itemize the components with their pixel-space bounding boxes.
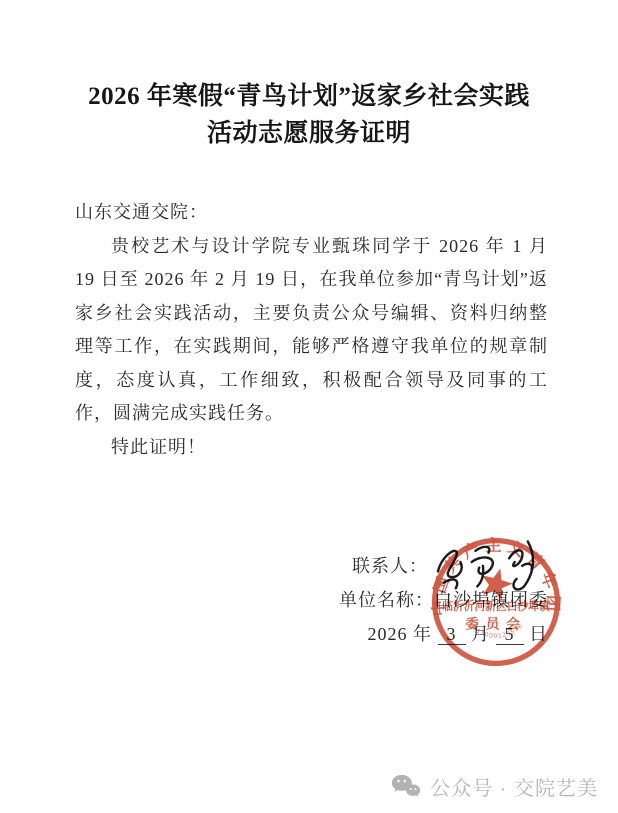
certificate-title: 2026 年寒假“青鸟计划”返家乡社会实践 活动志愿服务证明 (0, 0, 618, 152)
date-year: 2026 (368, 624, 408, 644)
date-month: 3 (438, 624, 466, 645)
certificate-page: 2026 年寒假“青鸟计划”返家乡社会实践 活动志愿服务证明 山东交通交院： 贵… (0, 0, 618, 813)
wechat-icon (391, 774, 421, 799)
recipient-greeting: 山东交通交院： (75, 196, 548, 230)
date-day-label: 日 (529, 624, 548, 644)
contact-row: 联系人： (0, 536, 548, 578)
unit-label: 单位名称： (339, 590, 434, 610)
footer-watermark: 公众号 · 交院艺美 (391, 772, 598, 801)
contact-signature-handwriting-icon (430, 534, 548, 592)
date-day: 5 (496, 624, 524, 645)
date-row: 2026 年 3 月 5 日 (0, 620, 548, 646)
contact-label: 联系人： (352, 554, 428, 578)
certificate-title-line2: 活动志愿服务证明 (0, 115, 618, 152)
unit-row: 单位名称：白沙埠镇团委 (0, 586, 548, 612)
unit-name: 白沙埠镇团委 (434, 590, 548, 610)
date-year-label: 年 (413, 624, 432, 644)
certificate-paragraph: 贵校艺术与设计学院专业甄珠同学于 2026 年 1 月 19 日至 2026 年… (75, 230, 548, 431)
footer-label: 公众号 · 交院艺美 (430, 772, 598, 801)
signature-block: 联系人： 单位名称：白沙埠镇团委 2026 年 3 月 5 日 (0, 536, 618, 646)
certificate-title-line1: 2026 年寒假“青鸟计划”返家乡社会实践 (0, 78, 618, 115)
certificate-body: 山东交通交院： 贵校艺术与设计学院专业甄珠同学于 2026 年 1 月 19 日… (75, 196, 548, 464)
closing-statement: 特此证明！ (75, 431, 548, 465)
date-month-label: 月 (471, 624, 490, 644)
